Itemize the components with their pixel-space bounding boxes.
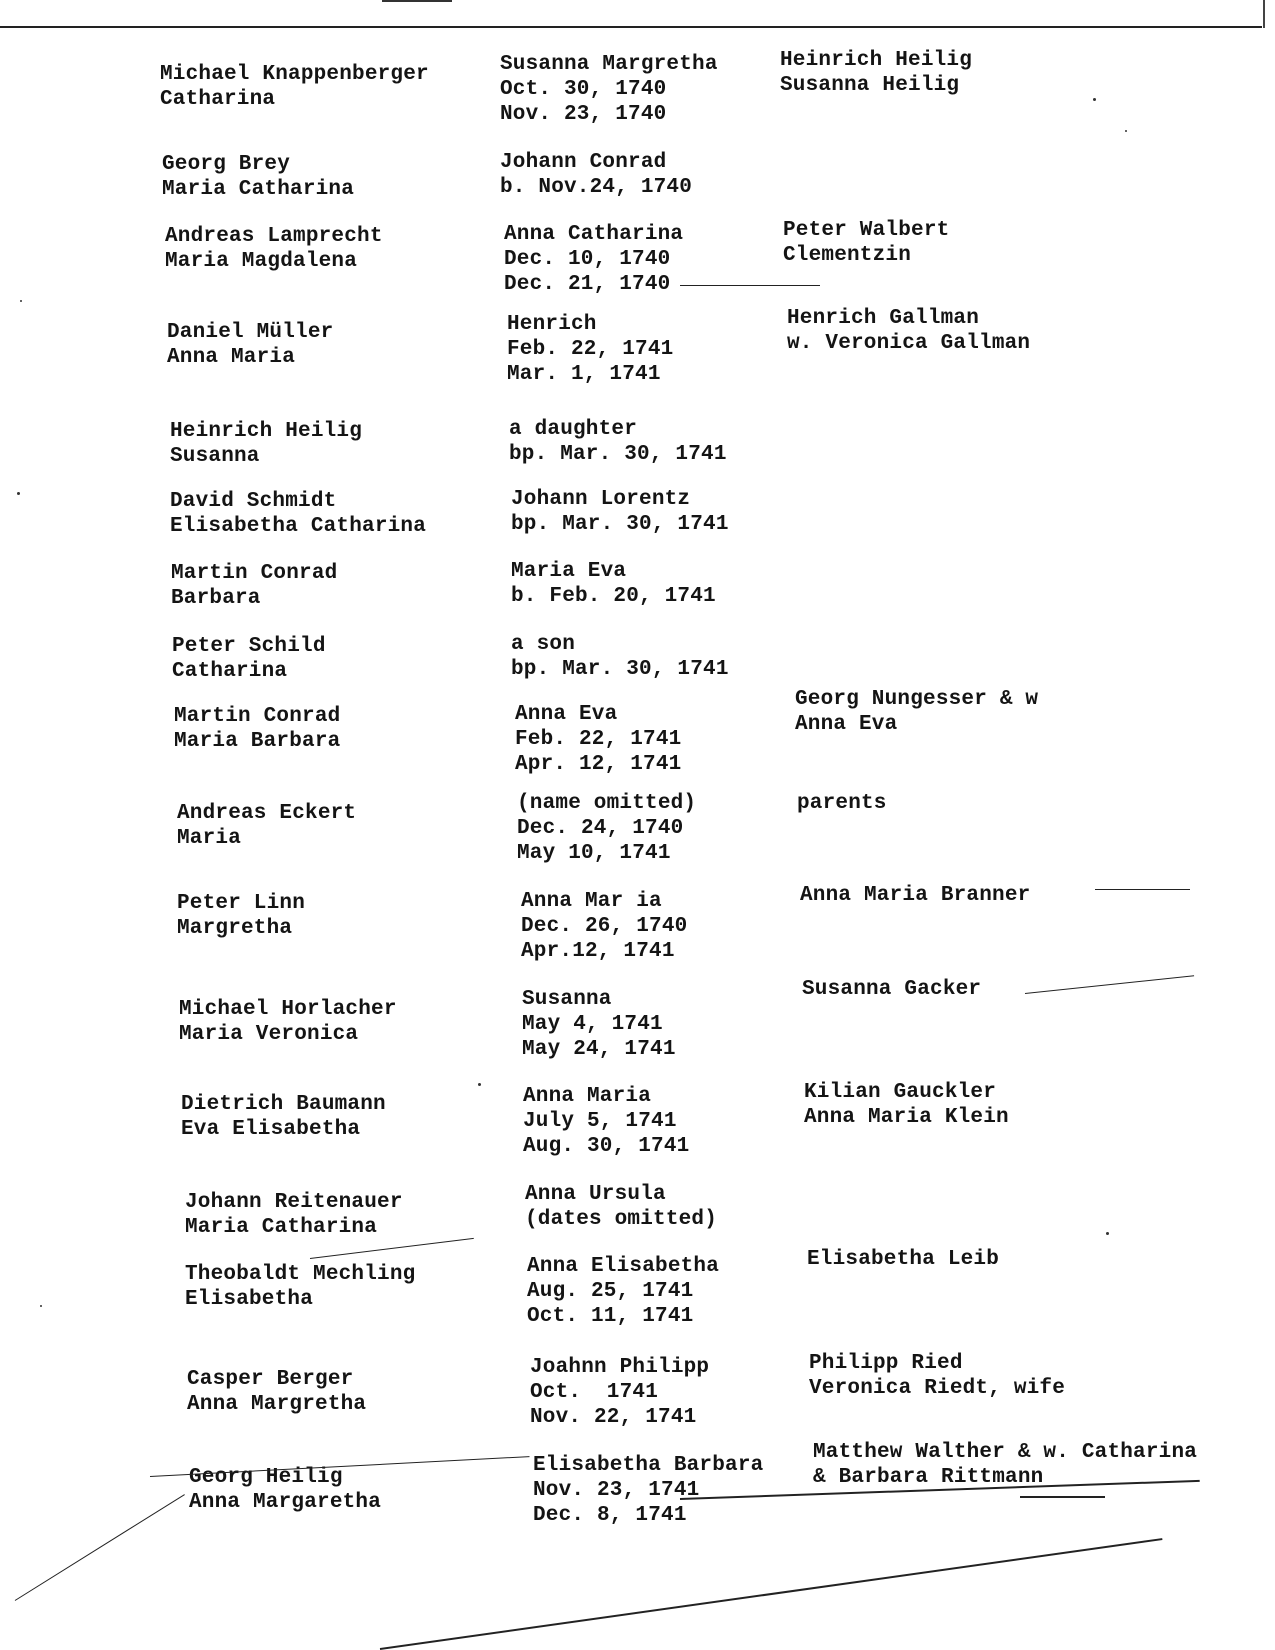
child-and-dates-line: Anna Catharina: [504, 222, 683, 247]
sponsors-names-line: Philipp Ried: [809, 1351, 1065, 1376]
parents-names: Johann ReitenauerMaria Catharina: [185, 1190, 403, 1240]
child-and-dates: a sonbp. Mar. 30, 1741: [511, 632, 729, 682]
sponsors-names-line: Georg Nungesser & w: [795, 687, 1038, 712]
stray-line: [1020, 1496, 1105, 1498]
child-and-dates-line: a son: [511, 632, 729, 657]
parents-names: Andreas EckertMaria: [177, 801, 356, 851]
parents-names-line: Anna Margretha: [187, 1392, 366, 1417]
parents-names: Daniel MüllerAnna Maria: [167, 320, 333, 370]
sponsors-names: Elisabetha Leib: [807, 1247, 999, 1272]
child-and-dates-line: Anna Mar ia: [521, 889, 687, 914]
child-and-dates-line: Anna Maria: [523, 1084, 689, 1109]
child-and-dates: Johann Conradb. Nov.24, 1740: [500, 150, 692, 200]
parents-names-line: Dietrich Baumann: [181, 1092, 386, 1117]
child-and-dates-line: Nov. 22, 1741: [530, 1405, 709, 1430]
parents-names-line: Anna Margaretha: [189, 1490, 381, 1515]
parents-names-line: Martin Conrad: [171, 561, 337, 586]
speck: [1125, 130, 1127, 132]
child-and-dates: Susanna MargrethaOct. 30, 1740Nov. 23, 1…: [500, 52, 718, 127]
sponsors-names-line: Elisabetha Leib: [807, 1247, 999, 1272]
child-and-dates-line: (dates omitted): [525, 1207, 717, 1232]
parents-names: Casper BergerAnna Margretha: [187, 1367, 366, 1417]
top-edge-mark: [382, 0, 452, 2]
parents-names: Heinrich HeiligSusanna: [170, 419, 362, 469]
parents-names-line: Maria Veronica: [179, 1022, 397, 1047]
child-and-dates-line: bp. Mar. 30, 1741: [511, 657, 729, 682]
parents-names: Dietrich BaumannEva Elisabetha: [181, 1092, 386, 1142]
child-and-dates: Anna MariaJuly 5, 1741Aug. 30, 1741: [523, 1084, 689, 1159]
parents-names: Martin ConradMaria Barbara: [174, 704, 340, 754]
child-and-dates: Anna Mar iaDec. 26, 1740Apr.12, 1741: [521, 889, 687, 964]
child-and-dates: HenrichFeb. 22, 1741Mar. 1, 1741: [507, 312, 673, 387]
parents-names-line: Peter Linn: [177, 891, 305, 916]
child-and-dates: Anna EvaFeb. 22, 1741Apr. 12, 1741: [515, 702, 681, 777]
parents-names: Georg BreyMaria Catharina: [162, 152, 354, 202]
stray-line: [1095, 889, 1190, 890]
child-and-dates-line: Apr. 12, 1741: [515, 752, 681, 777]
child-and-dates-line: bp. Mar. 30, 1741: [511, 512, 729, 537]
child-and-dates: Johann Lorentzbp. Mar. 30, 1741: [511, 487, 729, 537]
child-and-dates-line: Dec. 8, 1741: [533, 1503, 763, 1528]
child-and-dates-line: July 5, 1741: [523, 1109, 689, 1134]
sponsors-names: Peter WalbertClementzin: [783, 218, 949, 268]
stray-line: [15, 1494, 185, 1601]
sponsors-names-line: Veronica Riedt, wife: [809, 1376, 1065, 1401]
child-and-dates-line: Johann Lorentz: [511, 487, 729, 512]
sponsors-names: parents: [797, 791, 887, 816]
sponsors-names: Henrich Gallmanw. Veronica Gallman: [787, 306, 1030, 356]
parents-names-line: Heinrich Heilig: [170, 419, 362, 444]
sponsors-names-line: Kilian Gauckler: [804, 1080, 1009, 1105]
child-and-dates-line: Oct. 1741: [530, 1380, 709, 1405]
child-and-dates: (name omitted)Dec. 24, 1740May 10, 1741: [517, 791, 696, 866]
parents-names-line: David Schmidt: [170, 489, 426, 514]
sponsors-names: Kilian GaucklerAnna Maria Klein: [804, 1080, 1009, 1130]
speck: [40, 1305, 42, 1307]
child-and-dates-line: Oct. 30, 1740: [500, 77, 718, 102]
child-and-dates-line: Elisabetha Barbara: [533, 1453, 763, 1478]
child-and-dates-line: Susanna: [522, 987, 676, 1012]
child-and-dates-line: Henrich: [507, 312, 673, 337]
parents-names: Michael HorlacherMaria Veronica: [179, 997, 397, 1047]
parents-names-line: Elisabetha Catharina: [170, 514, 426, 539]
child-and-dates-line: Dec. 26, 1740: [521, 914, 687, 939]
parents-names: Martin ConradBarbara: [171, 561, 337, 611]
sponsors-names-line: Anna Eva: [795, 712, 1038, 737]
child-and-dates-line: a daughter: [509, 417, 727, 442]
parents-names-line: Theobaldt Mechling: [185, 1262, 415, 1287]
top-rule: [0, 26, 1262, 28]
parents-names-line: Georg Brey: [162, 152, 354, 177]
child-and-dates: Anna Ursula(dates omitted): [525, 1182, 717, 1232]
parents-names: David SchmidtElisabetha Catharina: [170, 489, 426, 539]
sponsors-names-line: Susanna Heilig: [780, 73, 972, 98]
sponsors-names-line: Susanna Gacker: [802, 977, 981, 1002]
parents-names: Andreas LamprechtMaria Magdalena: [165, 224, 383, 274]
child-and-dates-line: Oct. 11, 1741: [527, 1304, 719, 1329]
stray-line: [1025, 975, 1194, 994]
stray-line: [680, 285, 820, 286]
child-and-dates: a daughterbp. Mar. 30, 1741: [509, 417, 727, 467]
child-and-dates-line: Aug. 25, 1741: [527, 1279, 719, 1304]
stray-line: [380, 1538, 1163, 1650]
parents-names-line: Eva Elisabetha: [181, 1117, 386, 1142]
parents-names-line: Michael Horlacher: [179, 997, 397, 1022]
child-and-dates-line: Mar. 1, 1741: [507, 362, 673, 387]
child-and-dates-line: bp. Mar. 30, 1741: [509, 442, 727, 467]
sponsors-names-line: w. Veronica Gallman: [787, 331, 1030, 356]
parents-names-line: Andreas Lamprecht: [165, 224, 383, 249]
child-and-dates-line: Johann Conrad: [500, 150, 692, 175]
parents-names-line: Elisabetha: [185, 1287, 415, 1312]
sponsors-names: Anna Maria Branner: [800, 883, 1030, 908]
parents-names-line: Susanna: [170, 444, 362, 469]
child-and-dates: Anna CatharinaDec. 10, 1740Dec. 21, 1740: [504, 222, 683, 297]
parents-names-line: Martin Conrad: [174, 704, 340, 729]
child-and-dates-line: b. Nov.24, 1740: [500, 175, 692, 200]
child-and-dates-line: Anna Ursula: [525, 1182, 717, 1207]
parents-names-line: Peter Schild: [172, 634, 326, 659]
child-and-dates: Joahnn PhilippOct. 1741Nov. 22, 1741: [530, 1355, 709, 1430]
child-and-dates-line: May 10, 1741: [517, 841, 696, 866]
speck: [1093, 98, 1096, 101]
parents-names-line: Casper Berger: [187, 1367, 366, 1392]
sponsors-names-line: parents: [797, 791, 887, 816]
speck: [17, 492, 20, 495]
sponsors-names: Heinrich HeiligSusanna Heilig: [780, 48, 972, 98]
parents-names-line: Margretha: [177, 916, 305, 941]
sponsors-names-line: Anna Maria Branner: [800, 883, 1030, 908]
parents-names: Michael KnappenbergerCatharina: [160, 62, 429, 112]
sponsors-names-line: Matthew Walther & w. Catharina: [813, 1440, 1197, 1465]
child-and-dates: Elisabetha BarbaraNov. 23, 1741Dec. 8, 1…: [533, 1453, 763, 1528]
parents-names: Peter LinnMargretha: [177, 891, 305, 941]
parents-names-line: Andreas Eckert: [177, 801, 356, 826]
child-and-dates-line: Dec. 10, 1740: [504, 247, 683, 272]
speck: [478, 1083, 481, 1086]
child-and-dates: SusannaMay 4, 1741May 24, 1741: [522, 987, 676, 1062]
parents-names-line: Maria Barbara: [174, 729, 340, 754]
child-and-dates-line: (name omitted): [517, 791, 696, 816]
child-and-dates-line: Maria Eva: [511, 559, 716, 584]
parents-names-line: Maria: [177, 826, 356, 851]
child-and-dates: Maria Evab. Feb. 20, 1741: [511, 559, 716, 609]
sponsors-names-line: Peter Walbert: [783, 218, 949, 243]
child-and-dates-line: Feb. 22, 1741: [515, 727, 681, 752]
parents-names-line: Catharina: [172, 659, 326, 684]
parents-names-line: Maria Catharina: [162, 177, 354, 202]
speck: [1106, 1232, 1109, 1235]
parents-names-line: Barbara: [171, 586, 337, 611]
child-and-dates-line: Nov. 23, 1741: [533, 1478, 763, 1503]
child-and-dates-line: May 24, 1741: [522, 1037, 676, 1062]
parents-names-line: Maria Catharina: [185, 1215, 403, 1240]
parents-names-line: Daniel Müller: [167, 320, 333, 345]
stray-line: [310, 1238, 474, 1259]
child-and-dates-line: Aug. 30, 1741: [523, 1134, 689, 1159]
document-page: Michael KnappenbergerCatharinaSusanna Ma…: [0, 0, 1275, 1650]
child-and-dates-line: b. Feb. 20, 1741: [511, 584, 716, 609]
sponsors-names: Susanna Gacker: [802, 977, 981, 1002]
child-and-dates-line: Apr.12, 1741: [521, 939, 687, 964]
child-and-dates-line: Feb. 22, 1741: [507, 337, 673, 362]
sponsors-names: Philipp RiedVeronica Riedt, wife: [809, 1351, 1065, 1401]
child-and-dates-line: Nov. 23, 1740: [500, 102, 718, 127]
parents-names-line: Maria Magdalena: [165, 249, 383, 274]
parents-names: Theobaldt MechlingElisabetha: [185, 1262, 415, 1312]
child-and-dates-line: Dec. 24, 1740: [517, 816, 696, 841]
parents-names-line: Anna Maria: [167, 345, 333, 370]
sponsors-names-line: Heinrich Heilig: [780, 48, 972, 73]
child-and-dates-line: Susanna Margretha: [500, 52, 718, 77]
parents-names-line: Catharina: [160, 87, 429, 112]
parents-names: Peter SchildCatharina: [172, 634, 326, 684]
parents-names-line: Johann Reitenauer: [185, 1190, 403, 1215]
child-and-dates: Anna ElisabethaAug. 25, 1741Oct. 11, 174…: [527, 1254, 719, 1329]
speck: [20, 300, 22, 302]
sponsors-names-line: Anna Maria Klein: [804, 1105, 1009, 1130]
child-and-dates-line: Joahnn Philipp: [530, 1355, 709, 1380]
sponsors-names-line: Clementzin: [783, 243, 949, 268]
sponsors-names: Georg Nungesser & wAnna Eva: [795, 687, 1038, 737]
child-and-dates-line: Anna Eva: [515, 702, 681, 727]
child-and-dates-line: May 4, 1741: [522, 1012, 676, 1037]
page-edge: [1263, 0, 1265, 28]
sponsors-names-line: Henrich Gallman: [787, 306, 1030, 331]
child-and-dates-line: Anna Elisabetha: [527, 1254, 719, 1279]
child-and-dates-line: Dec. 21, 1740: [504, 272, 683, 297]
parents-names-line: Michael Knappenberger: [160, 62, 429, 87]
